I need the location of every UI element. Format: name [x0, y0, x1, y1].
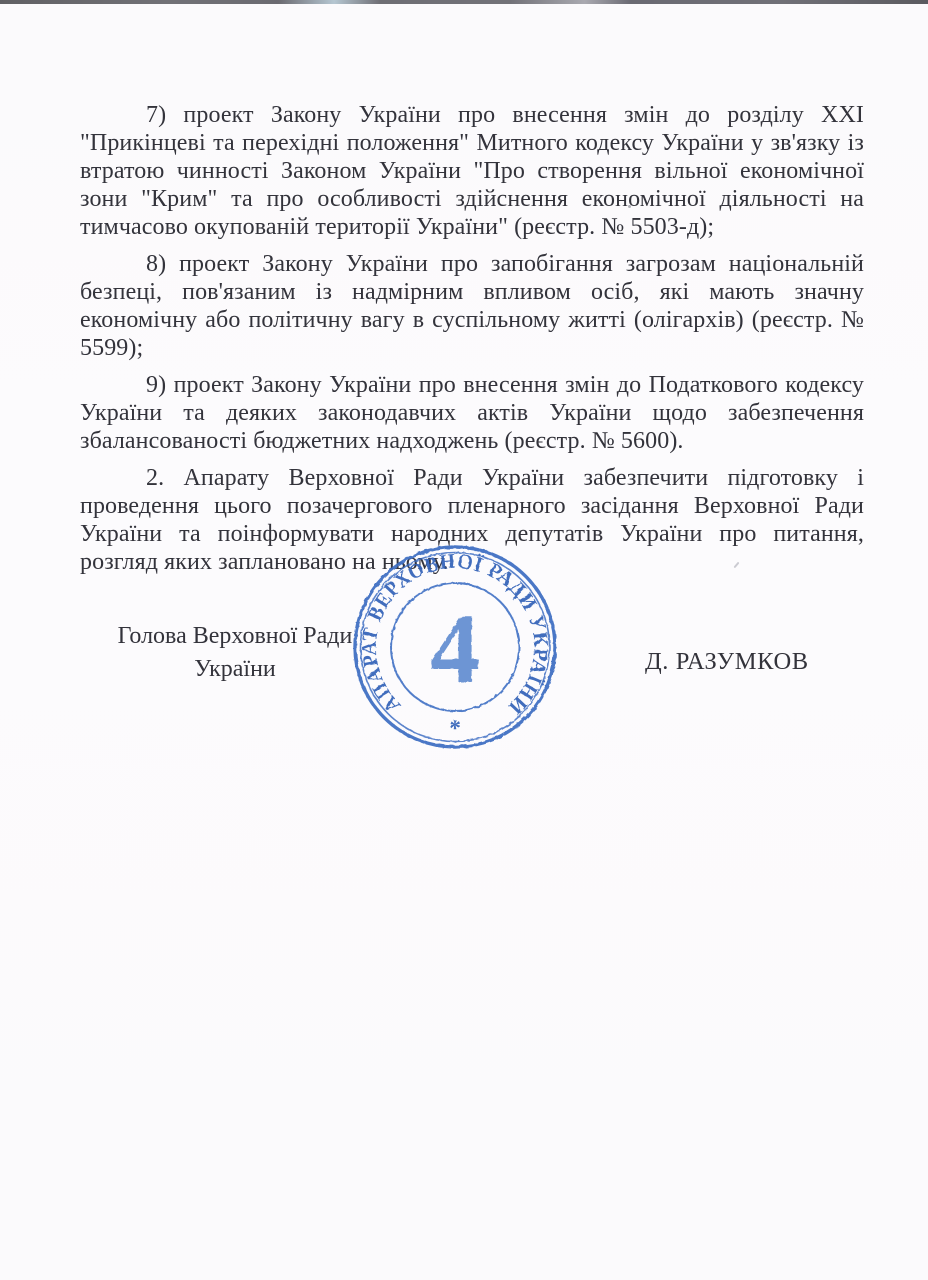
stamp-star: *	[449, 716, 461, 742]
signer-title-line1: Голова Верховної Ради	[104, 620, 366, 653]
paragraph-item-9: 9) проект Закону України про внесення зм…	[80, 371, 864, 455]
document-body: 7) проект Закону України про внесення зм…	[80, 101, 864, 585]
scan-edge-artifact	[0, 0, 928, 4]
stamp-number: 4	[430, 593, 480, 704]
scan-dot-artifact	[628, 205, 631, 208]
scanned-document-page: 7) проект Закону України про внесення зм…	[0, 0, 928, 1280]
signer-title: Голова Верховної Ради України	[104, 620, 366, 686]
paragraph-item-8: 8) проект Закону України про запобігання…	[80, 250, 864, 362]
signer-name: Д. РАЗУМКОВ	[645, 648, 865, 676]
official-stamp: АПАРАТ ВЕРХОВНОЇ РАДИ УКРАЇНИ 4 *	[349, 541, 561, 755]
signer-title-line2: України	[104, 653, 366, 686]
paragraph-item-7: 7) проект Закону України про внесення зм…	[80, 101, 864, 241]
